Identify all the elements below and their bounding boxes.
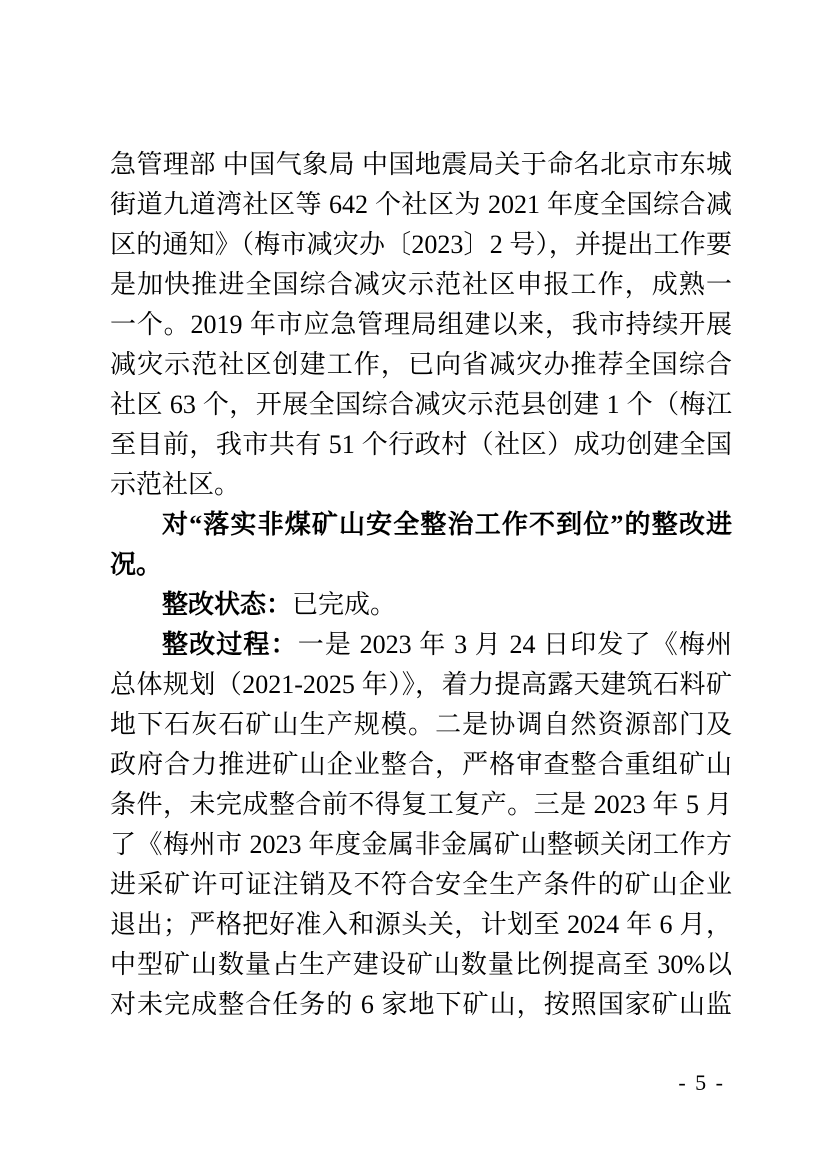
process-line: 整改过程：一是 2023 年 3 月 24 日印发了《梅州市矿产资源 xyxy=(110,625,732,665)
status-value: 已完成。 xyxy=(292,590,396,619)
text-line: 急管理部 中国气象局 中国地震局关于命名北京市东城区北新 xyxy=(110,145,732,185)
text-line: 进采矿许可证注销及不符合安全生产条件的矿山企业实施关闭 xyxy=(110,865,732,905)
text-line: 地下石灰石矿山生产规模。二是协调自然资源部门及当地县级 xyxy=(110,705,732,745)
section-heading-line: 况。 xyxy=(110,545,732,585)
status-line: 整改状态：已完成。 xyxy=(110,585,732,625)
text-line: 条件，未完成整合前不得复工复产。三是 2023 年 5 月 24 日印发 xyxy=(110,785,732,825)
text-line: 社区 63 个，开展全国综合减灾示范县创建 1 个（梅江区），截 xyxy=(110,385,732,425)
text-line: 政府合力推进矿山企业整合，严格审查整合重组矿山安全生产 xyxy=(110,745,732,785)
text-line: 是加快推进全国综合减灾示范社区申报工作，成熟一个，申报 xyxy=(110,265,732,305)
text-line: 总体规划（2021-2025 年）》，着力提高露天建筑石料矿山企业、 xyxy=(110,665,732,705)
section-heading-line: 对“落实非煤矿山安全整治工作不到位”的整改进展情 xyxy=(110,505,732,545)
text-line: 街道九道湾社区等 642 个社区为 2021 年度全国综合减灾示范社 xyxy=(110,185,732,225)
document-page: 急管理部 中国气象局 中国地震局关于命名北京市东城区北新 街道九道湾社区等 64… xyxy=(0,0,827,1170)
text-line: 退出；严格把好准入和源头关，计划至 2024 年 6 月，列入大、 xyxy=(110,905,732,945)
text-line: 了《梅州市 2023 年度金属非金属矿山整顿关闭工作方案》，推 xyxy=(110,825,732,865)
status-label: 整改状态： xyxy=(162,590,292,619)
text-line: 减灾示范社区创建工作，已向省减灾办推荐全国综合减灾示范 xyxy=(110,345,732,385)
text-line: 对未完成整合任务的 6 家地下矿山，按照国家矿山监管局、省 xyxy=(110,985,732,1025)
paragraph-end-line: 示范社区。 xyxy=(110,465,732,505)
text-line: 中型矿山数量占生产建设矿山数量比例提高至 30%以上。四是 xyxy=(110,945,732,985)
process-label: 整改过程： xyxy=(162,630,298,659)
page-number: - 5 - xyxy=(678,1068,725,1098)
text-line: 至目前，我市共有 51 个行政村（社区）成功创建全国综合减灾 xyxy=(110,425,732,465)
text-line: 一个。2019 年市应急管理局组建以来，我市持续开展全国综合 xyxy=(110,305,732,345)
document-text-block: 急管理部 中国气象局 中国地震局关于命名北京市东城区北新 街道九道湾社区等 64… xyxy=(110,145,732,1025)
text-line: 区的通知》（梅市减灾办〔2023〕2 号），并提出工作要求。三 xyxy=(110,225,732,265)
